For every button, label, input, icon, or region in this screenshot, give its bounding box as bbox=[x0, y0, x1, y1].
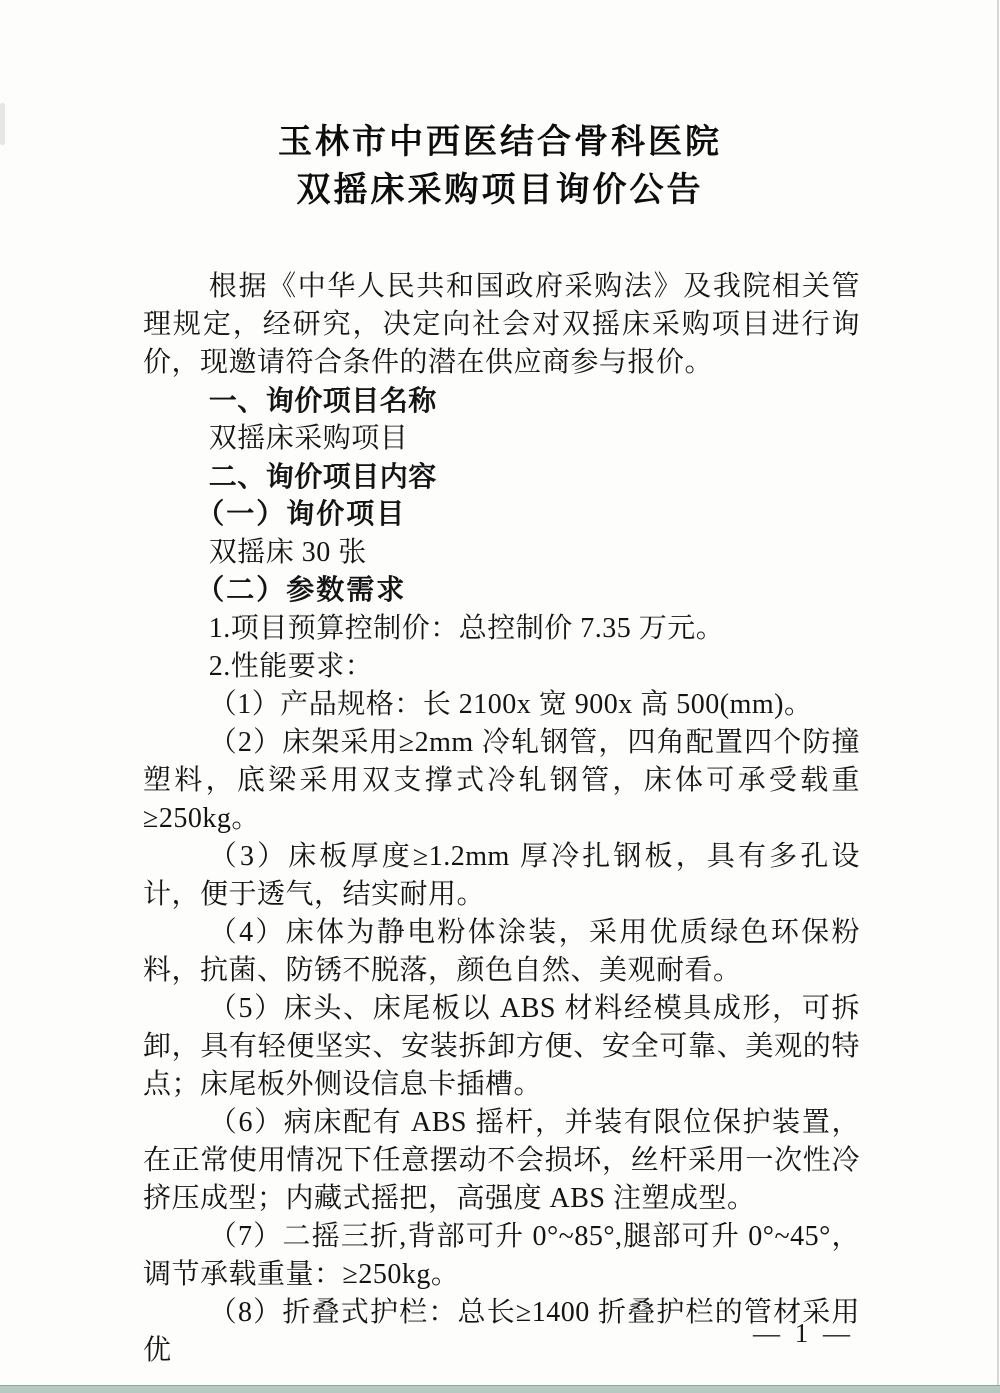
project-name-text: 双摇床采购项目 bbox=[143, 420, 860, 458]
spec-item-4: （4）床体为静电粉体涂装，采用优质绿色环保粉料，抗菌、防锈不脱落，颜色自然、美观… bbox=[143, 914, 860, 990]
quantity-text: 双摇床 30 张 bbox=[143, 534, 860, 572]
document-page: 玉林市中西医结合骨科医院 双摇床采购项目询价公告 根据《中华人民共和国政府采购法… bbox=[0, 0, 1000, 1393]
subsection-2-heading: （二）参数需求 bbox=[143, 572, 860, 610]
section-1-heading: 一、询价项目名称 bbox=[143, 382, 860, 420]
page-number: — 1 — bbox=[753, 1318, 854, 1349]
scan-artifact-bottom-edge bbox=[0, 1385, 1000, 1393]
spec-item-2: （2）床架采用≥2mm 冷轧钢管，四角配置四个防撞塑料，底梁采用双支撑式冷轧钢管… bbox=[143, 724, 860, 838]
spec-item-6: （6）病床配有 ABS 摇杆，并装有限位保护装置，在正常使用情况下任意摆动不会损… bbox=[143, 1104, 860, 1218]
spec-item-5: （5）床头、床尾板以 ABS 材料经模具成形，可拆卸，具有轻便坚实、安装拆卸方便… bbox=[143, 990, 860, 1104]
spec-item-7: （7）二摇三折,背部可升 0°~85°,腿部可升 0°~45°，调节承载重量：≥… bbox=[143, 1218, 860, 1294]
document-title-line-2: 双摇床采购项目询价公告 bbox=[0, 166, 1000, 214]
section-2-heading: 二、询价项目内容 bbox=[143, 458, 860, 496]
document-title-line-1: 玉林市中西医结合骨科医院 bbox=[0, 118, 1000, 166]
budget-text: 1.项目预算控制价：总控制价 7.35 万元。 bbox=[143, 610, 860, 648]
spec-item-1: （1）产品规格：长 2100x 宽 900x 高 500(mm)。 bbox=[143, 686, 860, 724]
spec-item-3: （3）床板厚度≥1.2mm 厚冷扎钢板，具有多孔设计，便于透气，结实耐用。 bbox=[143, 838, 860, 914]
scan-artifact-right-edge bbox=[997, 0, 999, 1393]
subsection-1-heading: （一）询价项目 bbox=[143, 496, 860, 534]
document-title: 玉林市中西医结合骨科医院 双摇床采购项目询价公告 bbox=[0, 118, 1000, 214]
performance-requirements-heading: 2.性能要求： bbox=[143, 648, 860, 686]
document-body: 根据《中华人民共和国政府采购法》及我院相关管理规定，经研究，决定向社会对双摇床采… bbox=[143, 268, 860, 1370]
scan-artifact-left bbox=[0, 103, 5, 145]
intro-paragraph: 根据《中华人民共和国政府采购法》及我院相关管理规定，经研究，决定向社会对双摇床采… bbox=[143, 268, 860, 382]
